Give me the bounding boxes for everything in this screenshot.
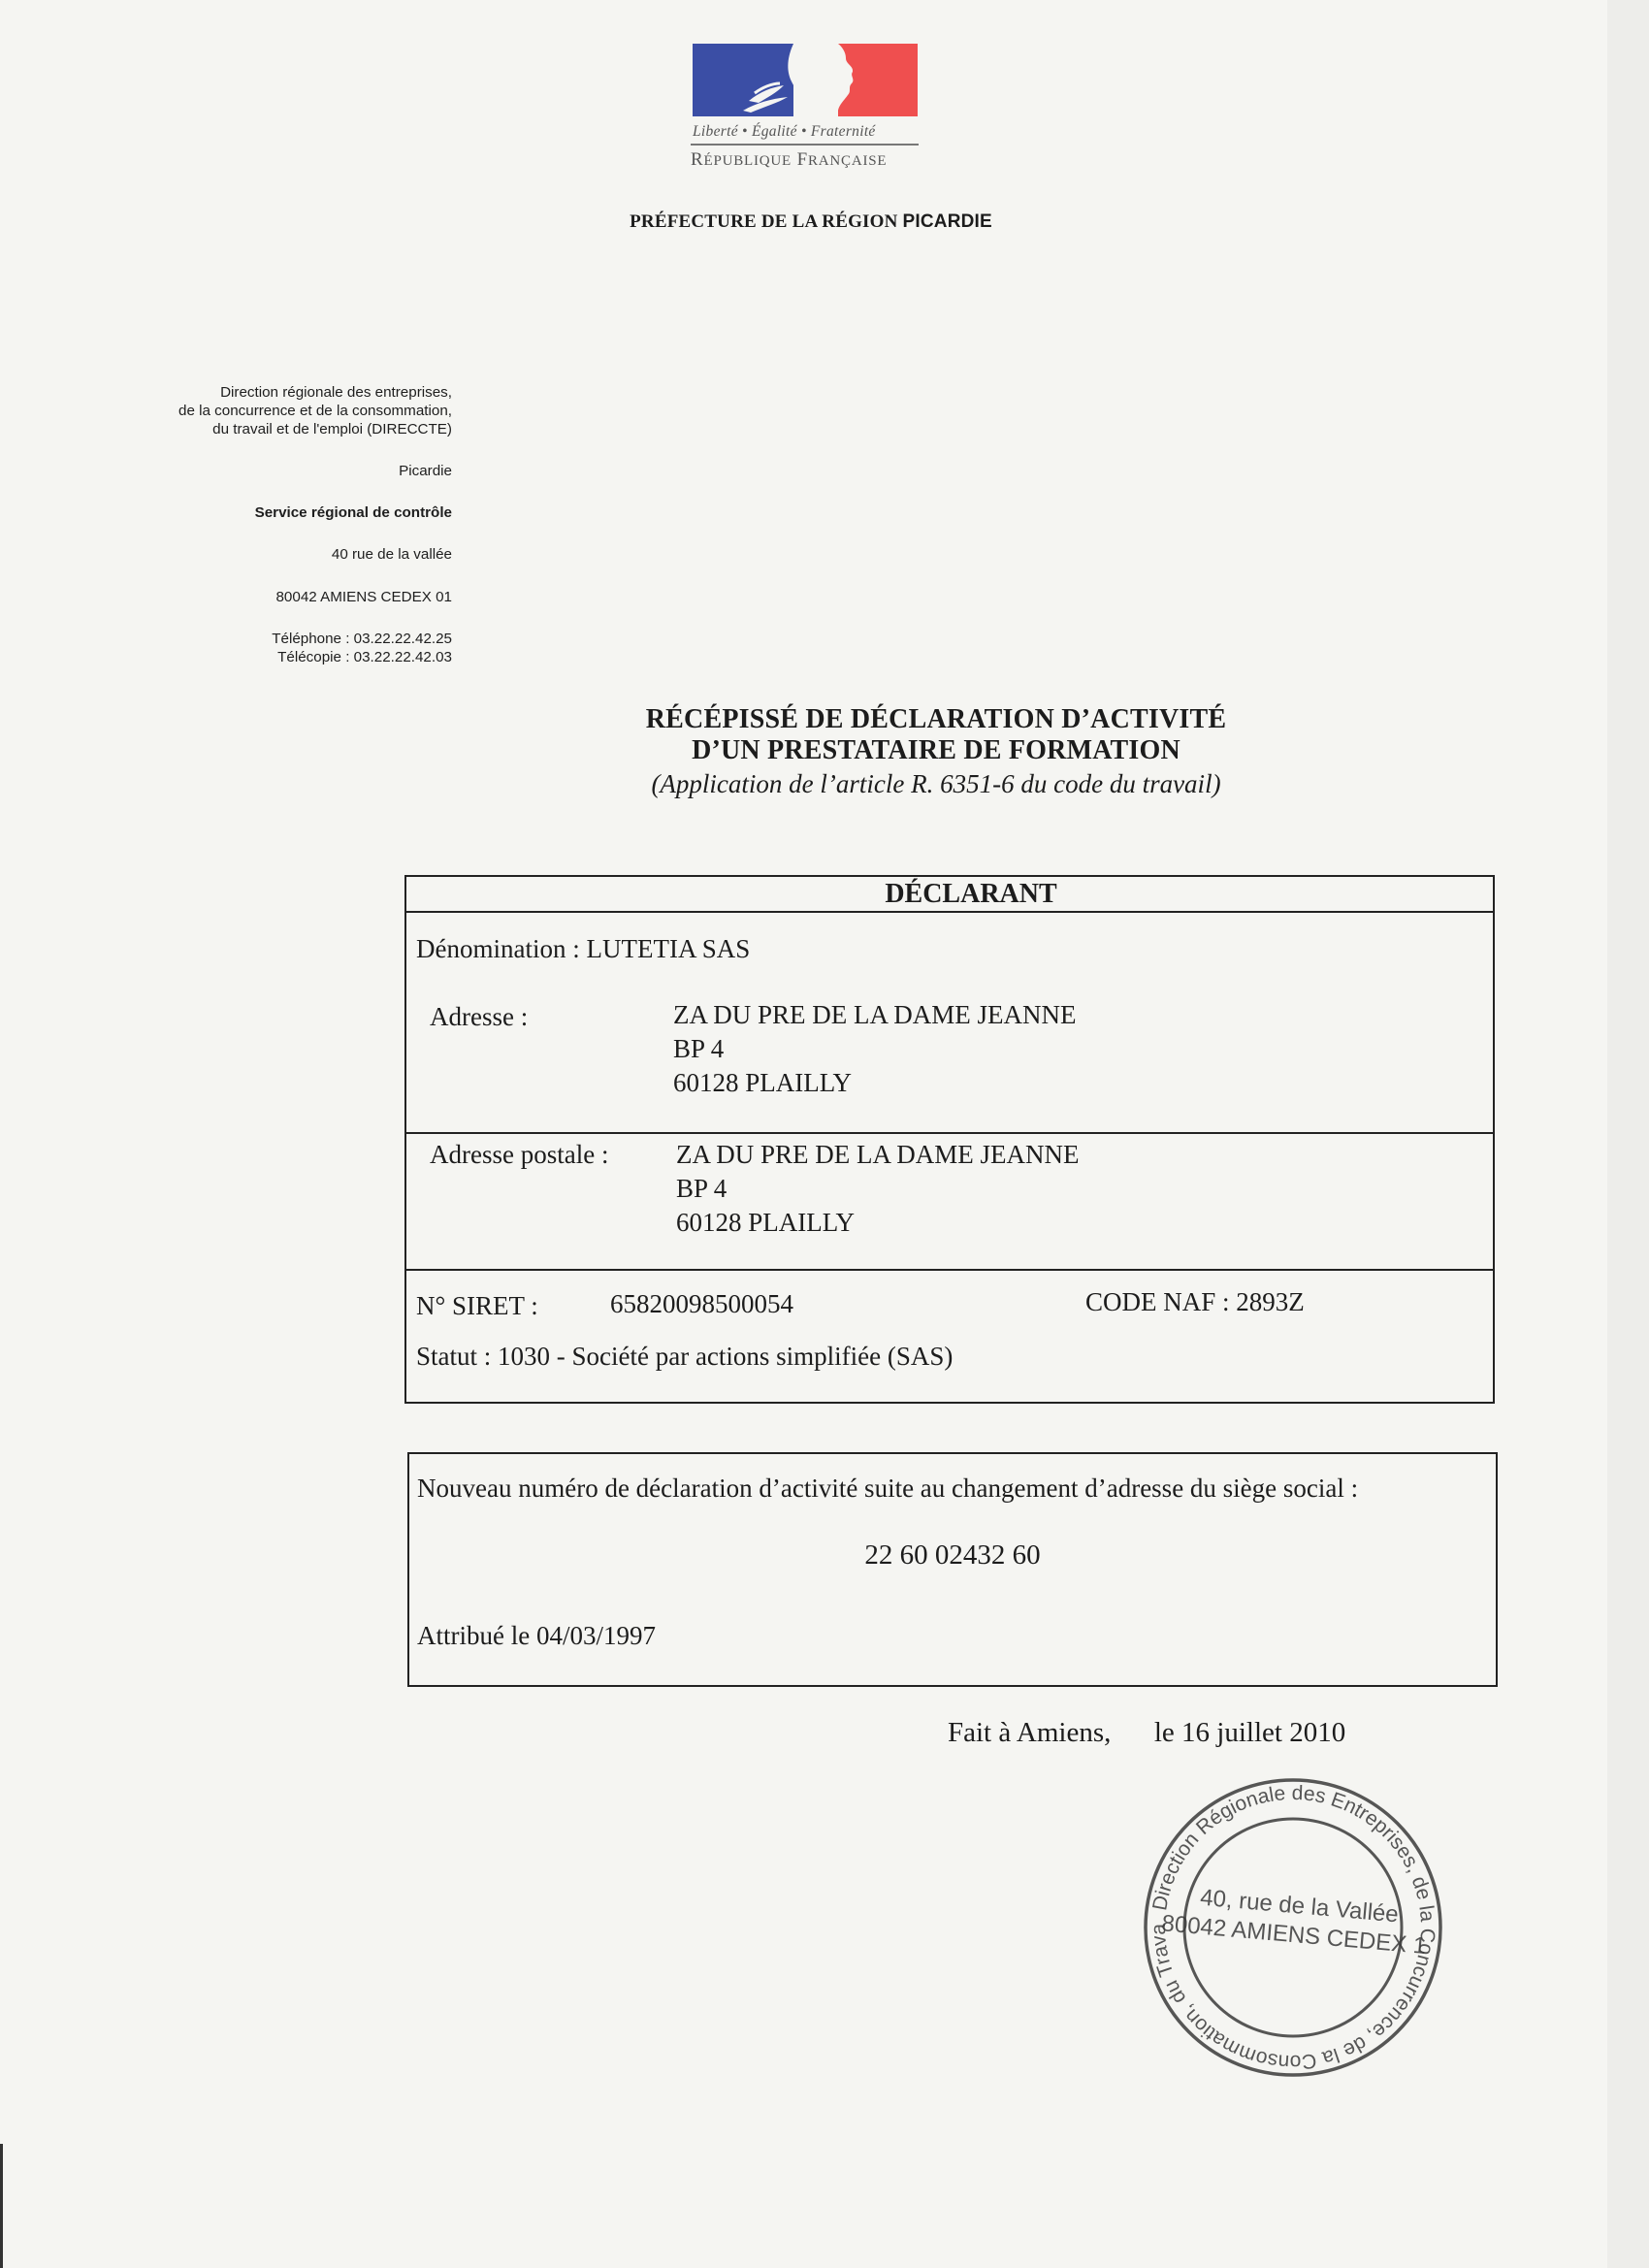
company-registration-section: N° SIRET : 65820098500054 CODE NAF : 289… [406,1271,1493,1405]
stamp-seal-icon: Direction Régionale des Entreprises, de … [1133,1767,1453,2088]
logo-motto: Liberté • Égalité • Fraternité [691,123,920,141]
document-title: RÉCÉPISSÉ DE DÉCLARATION D’ACTIVITÉ D’UN… [0,704,1649,801]
denomination-value: LUTETIA SAS [586,934,750,963]
adresse-label: Adresse : [430,1000,528,1034]
sender-line-2: de la concurrence et de la consommation, [178,402,452,420]
title-line-1: RÉCÉPISSÉ DE DÉCLARATION D’ACTIVITÉ [0,704,1649,735]
declaration-number: 22 60 02432 60 [409,1539,1496,1571]
postal-address-section: Adresse postale : ZA DU PRE DE LA DAME J… [406,1134,1493,1271]
siret-value: 65820098500054 [610,1287,793,1321]
sender-line-1: Direction régionale des entreprises, [178,383,452,402]
signature-date: le 16 juillet 2010 [1154,1717,1345,1748]
naf-code: CODE NAF : 2893Z [1085,1285,1305,1319]
sender-fax: Télécopie : 03.22.22.42.03 [178,648,452,666]
siret-label: N° SIRET : [416,1289,538,1323]
marianne-flag-icon [691,43,920,118]
sender-address-block: Direction régionale des entreprises, de … [178,383,452,666]
adresse-postale-label: Adresse postale : [430,1138,608,1172]
sender-line-3: du travail et de l'emploi (DIRECCTE) [178,420,452,438]
title-line-2: D’UN PRESTATAIRE DE FORMATION [0,735,1649,766]
signature-place: Fait à Amiens, [948,1717,1111,1748]
logo-republique-francaise: RÉPUBLIQUE FRANÇAISE [691,149,920,171]
sender-city: 80042 AMIENS CEDEX 01 [178,588,452,606]
official-stamp: Direction Régionale des Entreprises, de … [1133,1767,1453,2088]
sender-street: 40 rue de la vallée [178,545,452,564]
declarant-box: DÉCLARANT Dénomination : LUTETIA SAS Adr… [404,875,1495,1404]
denomination-row: Dénomination : LUTETIA SAS [416,932,750,966]
signature-place-date: Fait à Amiens, le 16 juillet 2010 [948,1717,1345,1749]
attribution-date: Attribué le 04/03/1997 [417,1621,656,1651]
logo-divider [691,144,919,146]
sender-region: Picardie [178,462,452,480]
declaration-number-box: Nouveau numéro de déclaration d’activité… [407,1452,1498,1687]
statut-value: Statut : 1030 - Société par actions simp… [416,1340,953,1374]
declarant-identity-section: Dénomination : LUTETIA SAS Adresse : ZA … [406,913,1493,1134]
title-legal-reference: (Application de l’article R. 6351-6 du c… [0,766,1649,801]
scan-left-edge [0,2144,3,2268]
declarant-heading: DÉCLARANT [406,877,1493,913]
prefecture-heading: PRÉFECTURE DE LA RÉGION PICARDIE [0,211,1622,233]
declaration-intro: Nouveau numéro de déclaration d’activité… [417,1474,1358,1504]
adresse-postale-value: ZA DU PRE DE LA DAME JEANNE BP 4 60128 P… [676,1138,1080,1240]
denomination-label: Dénomination : [416,934,580,963]
adresse-value: ZA DU PRE DE LA DAME JEANNE BP 4 60128 P… [673,998,1077,1100]
scan-page-edge [1607,0,1649,2268]
sender-service: Service régional de contrôle [178,503,452,522]
republique-francaise-logo: Liberté • Égalité • Fraternité RÉPUBLIQU… [691,43,920,171]
sender-phone: Téléphone : 03.22.22.42.25 [178,630,452,648]
